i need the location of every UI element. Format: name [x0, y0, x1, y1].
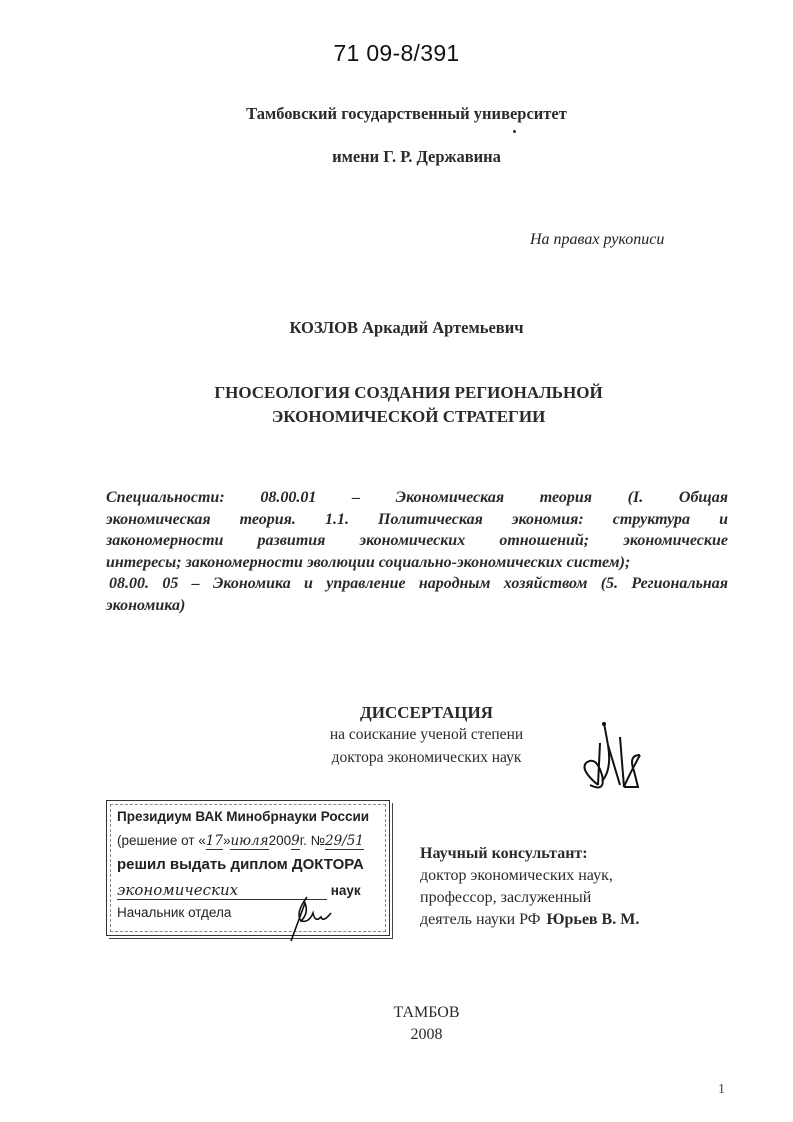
dissertation-degree-line-2: доктора экономических наук [30, 749, 793, 767]
consultant-heading: Научный консультант: [420, 845, 588, 863]
consultant-name: Юрьев В. М. [546, 911, 639, 928]
stamp-line-diploma: решил выдать диплом ДОКТОРА [117, 856, 364, 873]
specialties-line-6: экономика) [106, 595, 728, 617]
stamp-line-decision: (решение от «17»июля2009г. №29/51 [117, 833, 364, 850]
rights-note: На правах рукописи [530, 231, 664, 249]
stamp-signature [287, 893, 337, 943]
stamp-decision-prefix: (решение от « [117, 833, 206, 848]
vak-stamp: Президиум ВАК Минобрнауки России (решени… [106, 800, 390, 936]
author-signature [568, 715, 668, 815]
dissertation-title: ГНОСЕОЛОГИЯ СОЗДАНИЯ РЕГИОНАЛЬНОЙ ЭКОНОМ… [12, 381, 793, 429]
specialties-line-4: интересы; закономерности эволюции социал… [106, 552, 728, 574]
specialties-line-2: экономическая теория. 1.1. Политическая … [106, 509, 728, 531]
stamp-decision-quote: » [223, 833, 231, 848]
specialties-line-3: закономерности развития экономических от… [106, 530, 728, 552]
stamp-decision-day: 17 [206, 833, 223, 850]
specialties-block: Специальности: 08.00.01 – Экономическая … [106, 487, 728, 616]
stamp-decision-month: июля [230, 833, 268, 850]
stamp-line-presidium: Президиум ВАК Минобрнауки России [117, 809, 369, 824]
stamp-decision-number: 29/51 [325, 833, 364, 850]
registry-code: 71 09-8/391 [0, 40, 793, 67]
university-name: Тамбовский государственный университет [10, 104, 793, 124]
stamp-decision-year-digit: 9 [291, 833, 300, 850]
page-number: 1 [718, 1082, 725, 1098]
consultant-degree: доктор экономических наук, [420, 867, 613, 885]
consultant-honor: деятель науки РФЮрьев В. М. [420, 911, 639, 929]
city: ТАМБОВ [30, 1004, 793, 1022]
scan-speck [513, 130, 516, 133]
consultant-title: профессор, заслуженный [420, 889, 591, 907]
title-line-2: ЭКОНОМИЧЕСКОЙ СТРАТЕГИИ [12, 405, 793, 429]
specialties-line-5: 08.00. 05 – Экономика и управление народ… [106, 573, 728, 595]
dissertation-heading: ДИССЕРТАЦИЯ [30, 703, 793, 723]
consultant-honor-text: деятель науки РФ [420, 911, 540, 928]
stamp-line-head: Начальник отдела [117, 905, 231, 920]
university-honorific: имени Г. Р. Державина [20, 147, 793, 167]
year: 2008 [30, 1026, 793, 1044]
specialties-line-1: Специальности: 08.00.01 – Экономическая … [106, 487, 728, 509]
title-line-1: ГНОСЕОЛОГИЯ СОЗДАНИЯ РЕГИОНАЛЬНОЙ [12, 381, 793, 405]
stamp-decision-number-label: г. № [300, 833, 325, 848]
dissertation-degree-line-1: на соискание ученой степени [30, 726, 793, 744]
stamp-decision-year-prefix: 200 [269, 833, 292, 848]
author-name: КОЗЛОВ Аркадий Артемьевич [10, 318, 793, 338]
